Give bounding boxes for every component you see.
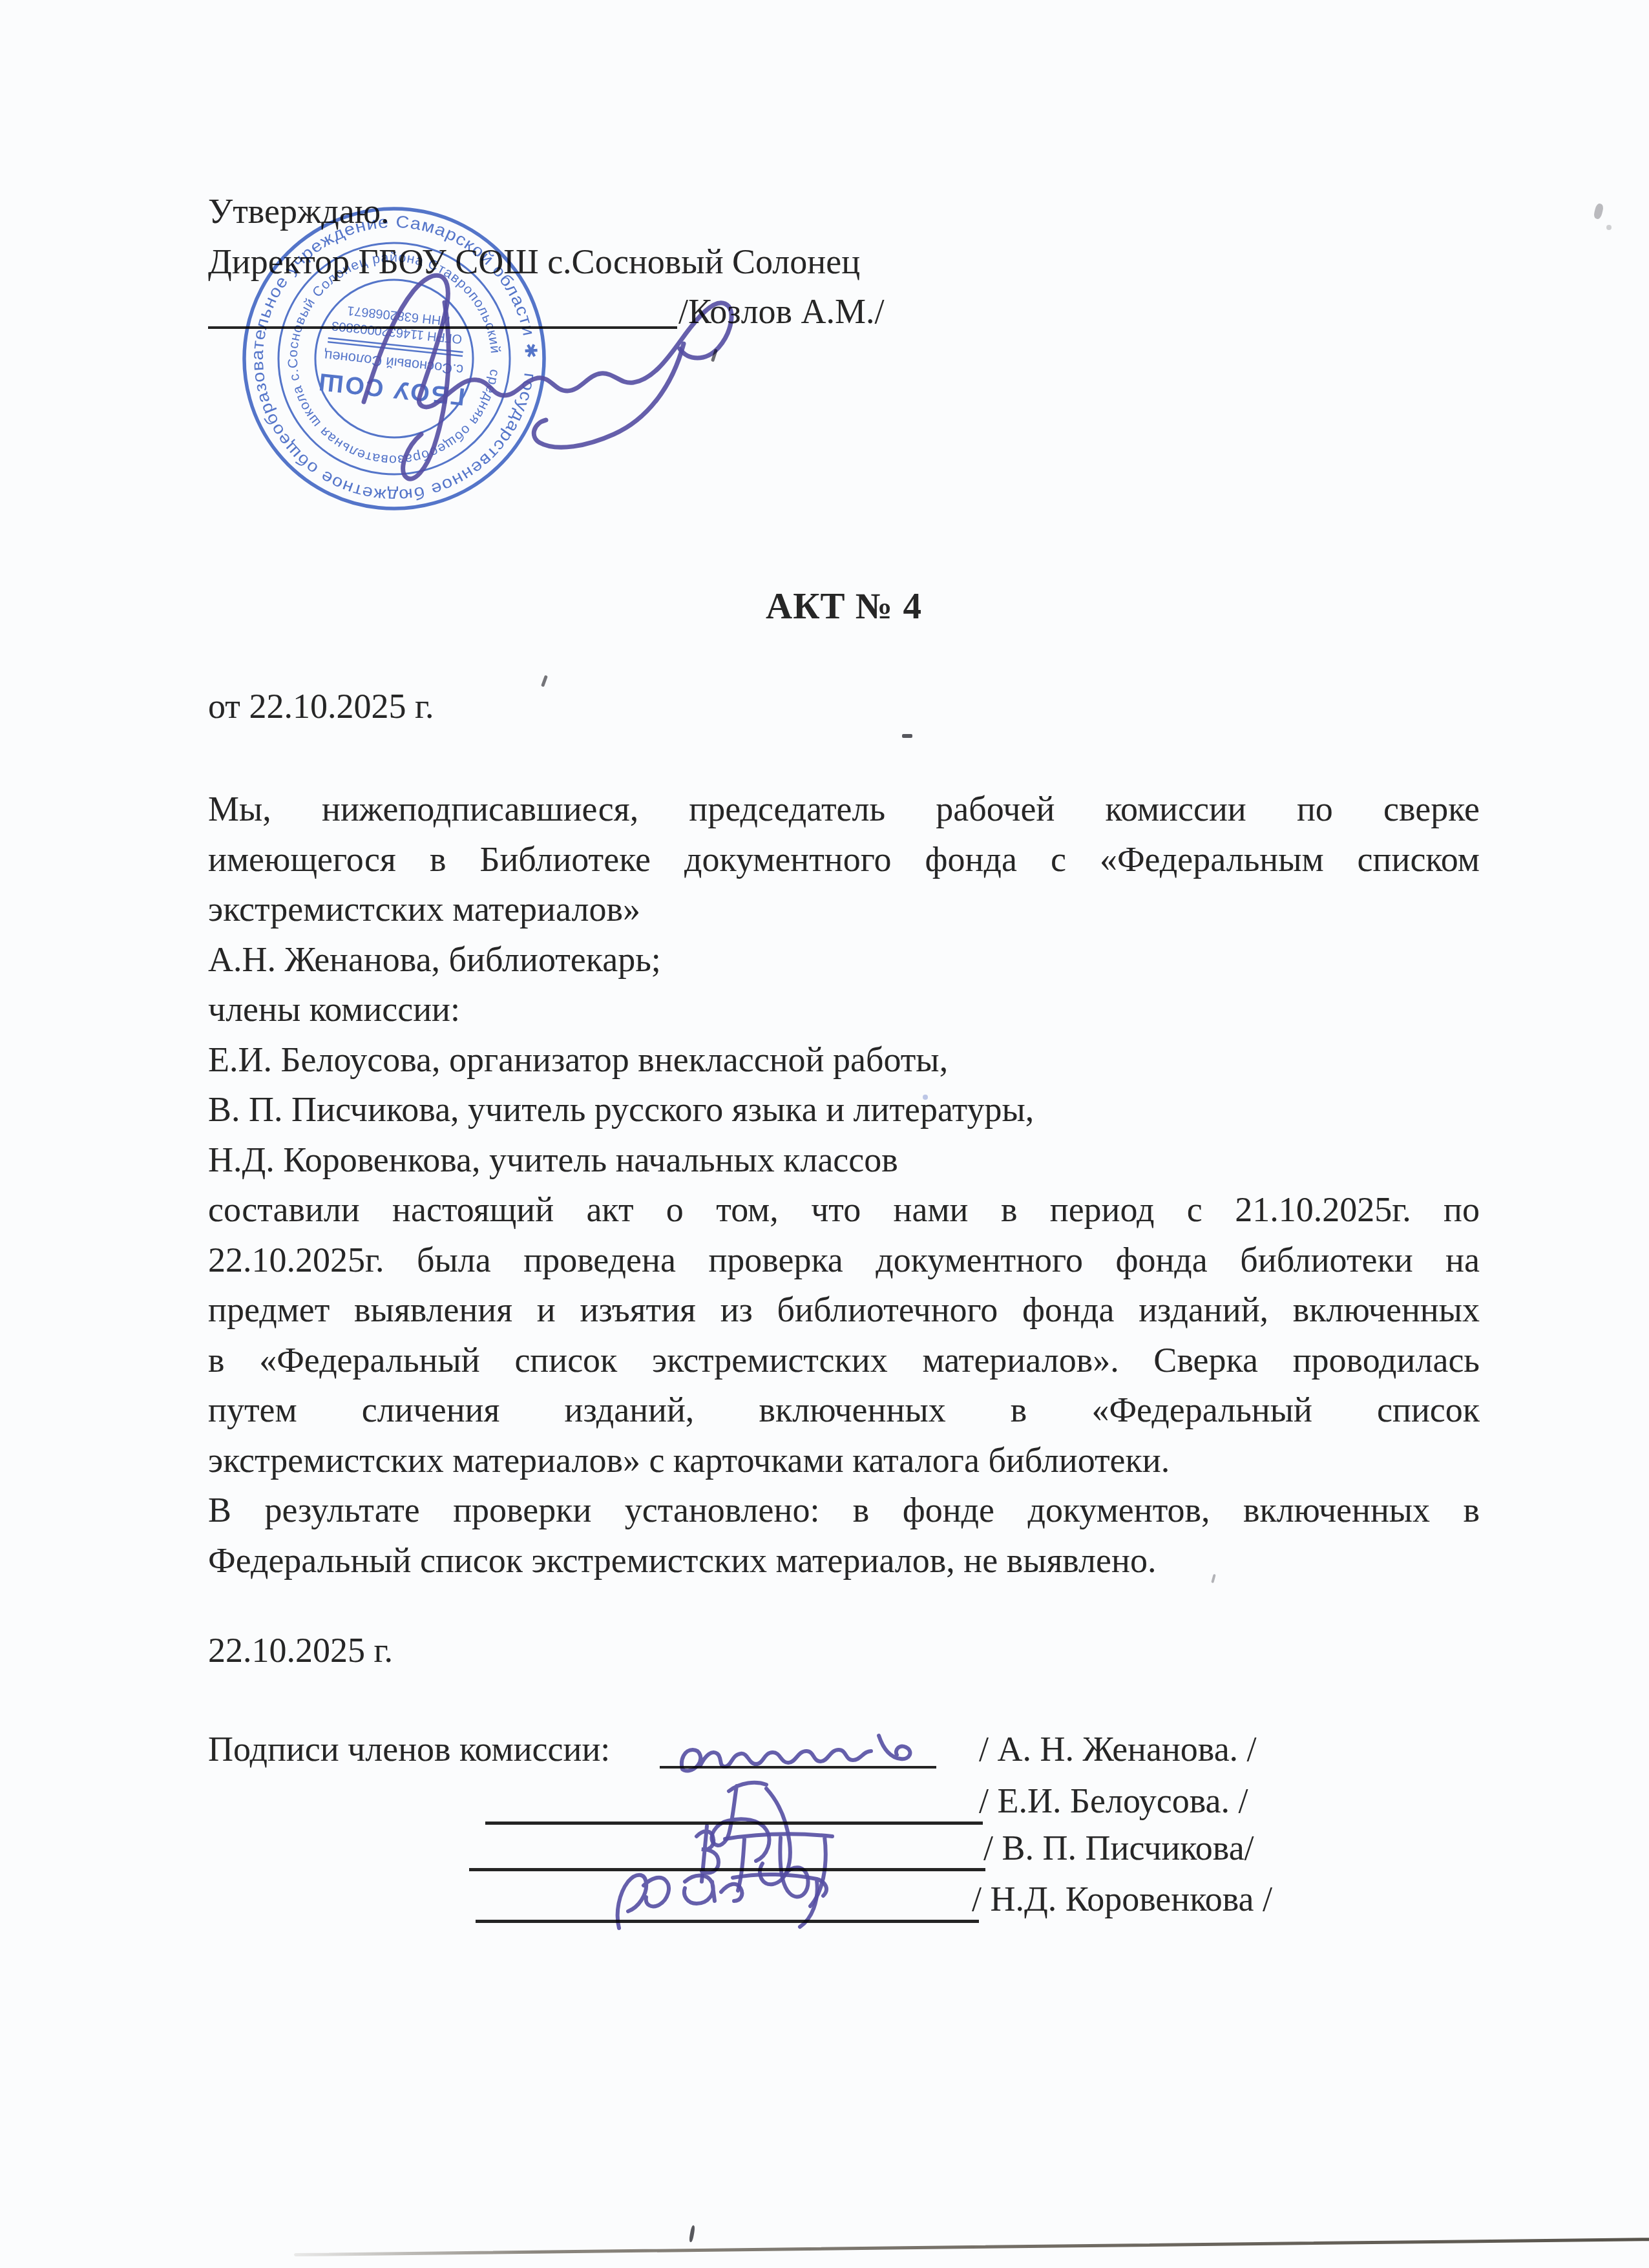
- closing-date: 22.10.2025 г.: [208, 1626, 393, 1676]
- approval-word: Утверждаю.: [208, 187, 860, 237]
- director-signature: [364, 275, 731, 479]
- body-line: члены комиссии:: [208, 985, 1480, 1035]
- document-date: от 22.10.2025 г.: [208, 682, 434, 732]
- body-line: путем сличения изданий, включенных в «Фе…: [208, 1385, 1480, 1436]
- body-line: Е.И. Белоусова, организатор внеклассной …: [208, 1035, 1480, 1086]
- body-line: В. П. Писчикова, учитель русского языка …: [208, 1085, 1480, 1135]
- approval-block: Утверждаю. Директор ГБОУ СОШ с.Сосновый …: [208, 187, 860, 287]
- signature-pischikova: [697, 1826, 832, 1906]
- body-line: Мы, нижеподписавшиеся, председатель рабо…: [208, 784, 1480, 835]
- scan-artifact: [541, 675, 548, 688]
- signatures-label: Подписи членов комиссии:: [208, 1725, 610, 1775]
- scanned-document-page: Утверждаю. Директор ГБОУ СОШ с.Сосновый …: [0, 0, 1649, 2268]
- stamp-org-place: с.Сосновый Солонец: [323, 348, 464, 379]
- director-signature-line: [208, 326, 677, 329]
- body-line: Федеральный список экстремистских матери…: [208, 1536, 1480, 1586]
- body-text: Мы, нижеподписавшиеся, председатель рабо…: [208, 784, 1480, 1586]
- scan-artifact: [711, 349, 718, 362]
- stamp-ogrn: ОГРН 1146320003803: [331, 319, 463, 346]
- signatory-name-1: / А. Н. Женанова. /: [979, 1725, 1257, 1775]
- body-line: А.Н. Женанова, библиотекарь;: [208, 935, 1480, 985]
- body-line: Н.Д. Коровенкова, учитель начальных клас…: [208, 1135, 1480, 1186]
- scan-artifact: [1593, 203, 1604, 220]
- signature-line-1: [660, 1766, 936, 1769]
- scan-artifact: [689, 2225, 695, 2243]
- scan-artifact: [923, 1095, 928, 1100]
- signature-line-3: [469, 1868, 985, 1871]
- stamp-inn: ИНН 6382068671: [346, 303, 450, 328]
- body-line: В результате проверки установлено: в фон…: [208, 1486, 1480, 1536]
- signature-line-4: [476, 1920, 979, 1923]
- signatory-name-2: / Е.И. Белоусова. /: [979, 1776, 1248, 1827]
- scan-artifact: [1606, 225, 1612, 230]
- director-name: /Козлов А.М./: [678, 287, 885, 337]
- member-signatures: [618, 1736, 910, 1928]
- body-line: в «Федеральный список экстремистских мат…: [208, 1336, 1480, 1386]
- scan-edge-line: [294, 2238, 1649, 2256]
- body-line: имеющегося в Библиотеке документного фон…: [208, 835, 1480, 885]
- body-line: экстремистских материалов» с карточками …: [208, 1436, 1480, 1486]
- signature-line-2: [485, 1822, 983, 1825]
- document-title: АКТ № 4: [208, 582, 1480, 632]
- body-line: экстремистских материалов»: [208, 885, 1480, 935]
- body-line: предмет выявления и изъятия из библиотеч…: [208, 1285, 1480, 1336]
- signatory-name-4: / Н.Д. Коровенкова /: [972, 1874, 1272, 1925]
- scan-artifact: [902, 734, 912, 738]
- stamp-org-abbr: ГБОУ СОШ: [316, 368, 467, 410]
- body-line: 22.10.2025г. была проведена проверка док…: [208, 1235, 1480, 1286]
- approval-director-title: Директор ГБОУ СОШ с.Сосновый Солонец: [208, 237, 860, 288]
- body-line: составили настоящий акт о том, что нами …: [208, 1185, 1480, 1235]
- signatory-name-3: / В. П. Писчикова/: [983, 1823, 1254, 1874]
